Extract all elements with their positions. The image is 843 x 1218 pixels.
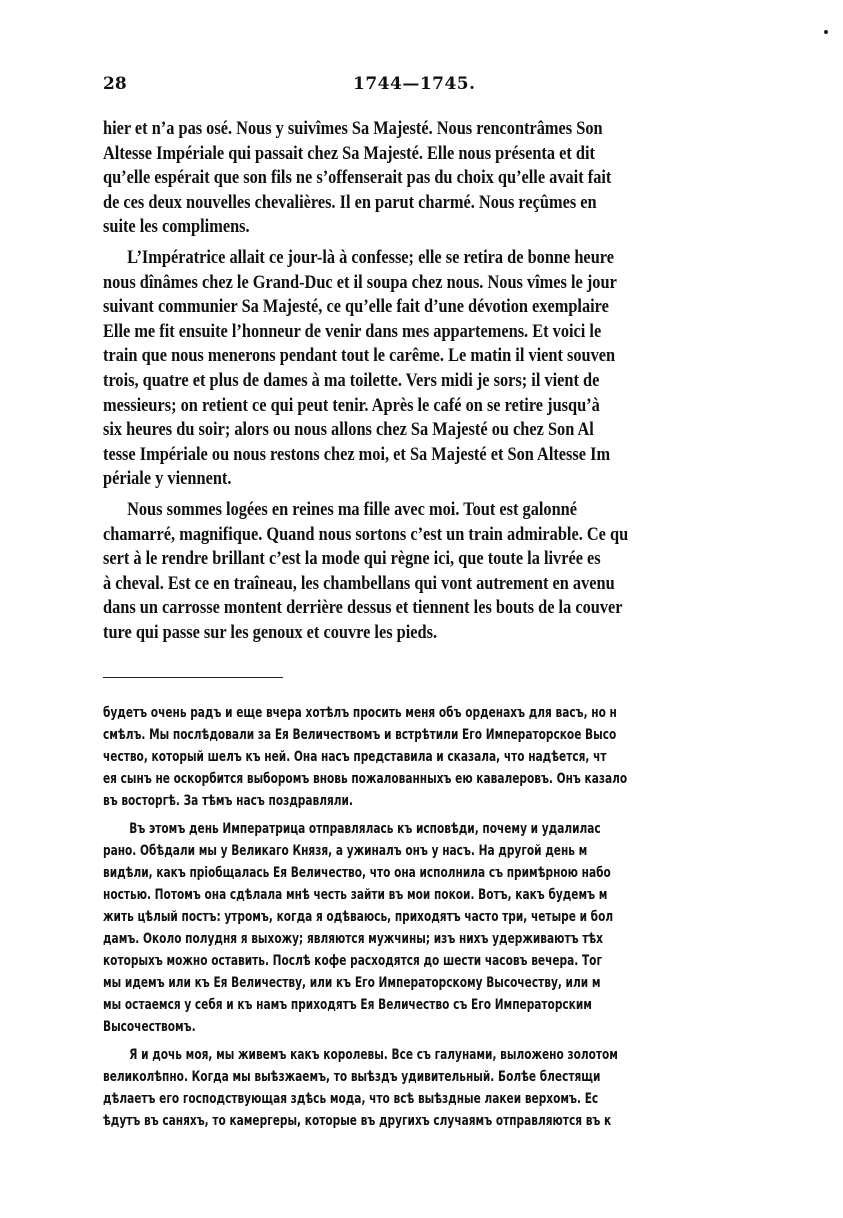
footnote-line: видѣли, какъ пріобщалась Ея Величество, … [103, 862, 647, 884]
text-line: hier et n’a pas osé. Nous y suivîmes Sa … [103, 117, 744, 142]
footnote-paragraph: Въ этомъ день Императрица отправлялась к… [103, 818, 843, 1038]
text-line: sert à le rendre brillant c’est la mode … [103, 547, 744, 572]
book-page: 28 1744—1745. hier et n’a pas osé. Nous … [0, 0, 843, 1218]
footnote-divider [103, 677, 283, 678]
text-line: Elle me fit ensuite l’honneur de venir d… [103, 320, 744, 345]
text-line: suivant communier Sa Majesté, ce qu’elle… [103, 295, 744, 320]
text-line: chamarré, magnifique. Quand nous sortons… [103, 523, 744, 548]
text-line: suite les complimens. [103, 215, 744, 240]
footnote-line: мы остаемся у себя и къ намъ приходятъ Е… [103, 994, 647, 1016]
footnote-line: ѣдутъ въ саняхъ, то камергеры, которые в… [103, 1110, 647, 1132]
paragraph: Nous sommes logées en reines ma fille av… [103, 498, 843, 646]
text-line: dans un carrosse montent derrière dessus… [103, 596, 744, 621]
footnote-line: рано. Обѣдали мы у Великаго Князя, а ужи… [103, 840, 647, 862]
main-text: hier et n’a pas osé. Nous y suivîmes Sa … [103, 117, 843, 645]
footnote-line: въ восторгѣ. За тѣмъ насъ поздравляли. [103, 790, 647, 812]
text-line: L’Impératrice allait ce jour-là à confes… [103, 246, 744, 271]
footnote-line: ностью. Потомъ она сдѣлала мнѣ честь зай… [103, 884, 647, 906]
footnote-line: великолѣпно. Когда мы выѣзжаемъ, то выѣз… [103, 1066, 647, 1088]
footnote-line: мы идемъ или къ Ея Величеству, или къ Ег… [103, 972, 647, 994]
text-line: Altesse Impériale qui passait chez Sa Ma… [103, 142, 744, 167]
text-line: ture qui passe sur les genoux et couvre … [103, 621, 744, 646]
text-line: à cheval. Est ce en traîneau, les chambe… [103, 572, 744, 597]
footnote-line: Я и дочь моя, мы живемъ какъ королевы. В… [103, 1044, 647, 1066]
footnote-line: дамъ. Около полудня я выхожу; являются м… [103, 928, 647, 950]
scan-speck [824, 30, 828, 34]
text-line: de ces deux nouvelles chevalières. Il en… [103, 191, 744, 216]
footnote-line: жить цѣлый постъ: утромъ, когда я одѣваю… [103, 906, 647, 928]
footnote-line: чество, который шелъ къ ней. Она насъ пр… [103, 746, 647, 768]
text-line: trois, quatre et plus de dames à ma toil… [103, 369, 744, 394]
footnote-line: ея сынъ не оскорбится выборомъ вновь пож… [103, 768, 647, 790]
footnote-line: дѣлаетъ его господствующая здѣсь мода, ч… [103, 1088, 647, 1110]
text-line: qu’elle espérait que son fils ne s’offen… [103, 166, 744, 191]
text-line: tesse Impériale ou nous restons chez moi… [103, 443, 744, 468]
footnotes: будетъ очень радъ и еще вчера хотѣлъ про… [103, 702, 843, 1132]
paragraph: L’Impératrice allait ce jour-là à confes… [103, 246, 843, 492]
text-line: nous dînâmes chez le Grand-Duc et il sou… [103, 271, 744, 296]
page-number: 28 [103, 74, 127, 94]
page-header: 28 1744—1745. [103, 74, 843, 102]
text-line: périale y viennent. [103, 467, 744, 492]
text-line: train que nous menerons pendant tout le … [103, 344, 744, 369]
footnote-line: Въ этомъ день Императрица отправлялась к… [103, 818, 647, 840]
footnote-line: которыхъ можно оставить. Послѣ кофе расх… [103, 950, 647, 972]
footnote-paragraph: Я и дочь моя, мы живемъ какъ королевы. В… [103, 1044, 843, 1132]
footnote-line: Высочествомъ. [103, 1016, 647, 1038]
running-head: 1744—1745. [353, 74, 476, 94]
text-line: six heures du soir; alors ou nous allons… [103, 418, 744, 443]
text-line: messieurs; on retient ce qui peut tenir.… [103, 394, 744, 419]
footnote-line: смѣлъ. Мы послѣдовали за Ея Величествомъ… [103, 724, 647, 746]
text-line: Nous sommes logées en reines ma fille av… [103, 498, 744, 523]
footnote-line: будетъ очень радъ и еще вчера хотѣлъ про… [103, 702, 647, 724]
paragraph: hier et n’a pas osé. Nous y suivîmes Sa … [103, 117, 843, 240]
footnote-paragraph: будетъ очень радъ и еще вчера хотѣлъ про… [103, 702, 843, 812]
